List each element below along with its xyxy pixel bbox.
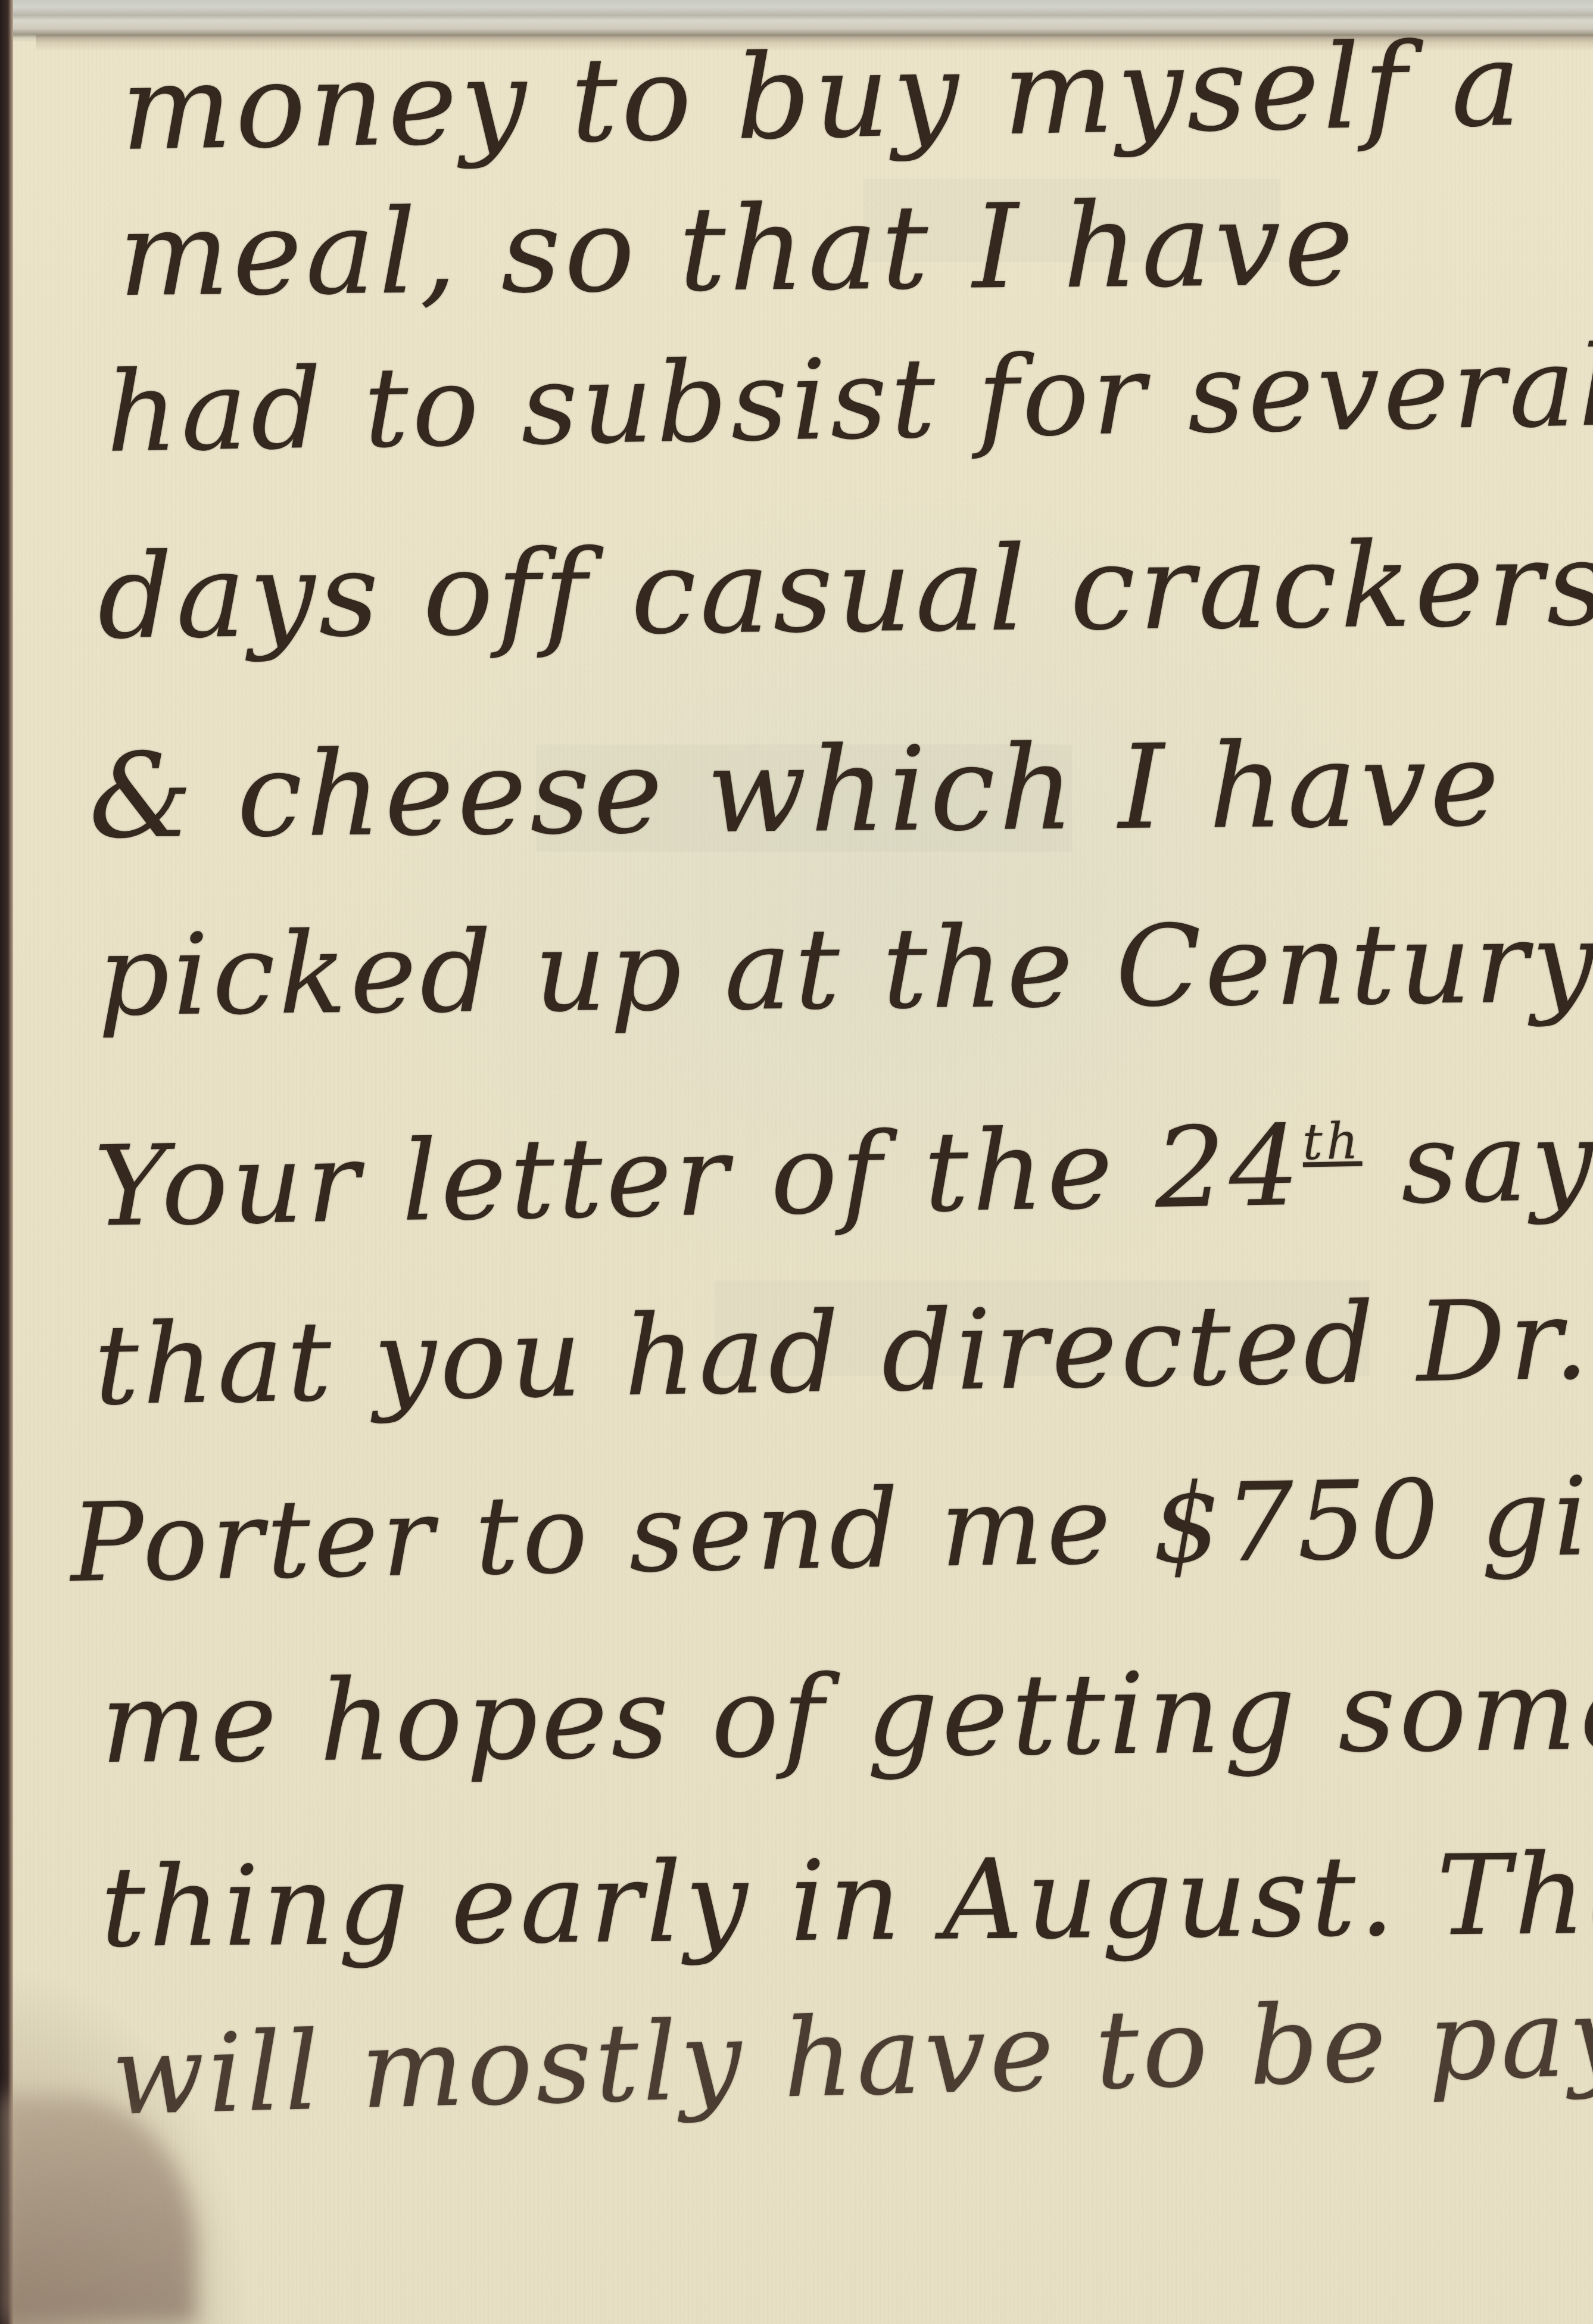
letter-line-7-text: Your letter of the 24 — [93, 1101, 1304, 1251]
letter-page: money to buy myself a meal, so that I ha… — [0, 0, 1593, 2324]
letter-line-4: days off casual crackers — [97, 526, 1593, 656]
letter-line-2: meal, so that I have — [118, 186, 1357, 313]
letter-line-10: me hopes of getting some - — [100, 1653, 1593, 1780]
letter-line-5: & cheese which I have — [88, 726, 1503, 855]
letter-line-8: that you had directed Dr. — [93, 1284, 1593, 1421]
binding-strip — [0, 0, 13, 2324]
letter-line-9: Porter to send me $750 gives — [70, 1459, 1593, 1597]
letter-line-1: money to buy myself a — [120, 26, 1526, 167]
letter-line-7: Your letter of the 24th saying — [93, 1102, 1593, 1242]
letter-line-3: had to subsist for several — [105, 331, 1593, 468]
letter-line-6: picked up at the Century. — [97, 907, 1593, 1032]
letter-line-7-tail: saying — [1361, 1092, 1593, 1229]
ordinal-suffix: th — [1302, 1112, 1362, 1172]
letter-line-11: thing early in August. That — [100, 1838, 1593, 1963]
letter-line-12: will mostly have to be payed — [110, 1979, 1593, 2130]
